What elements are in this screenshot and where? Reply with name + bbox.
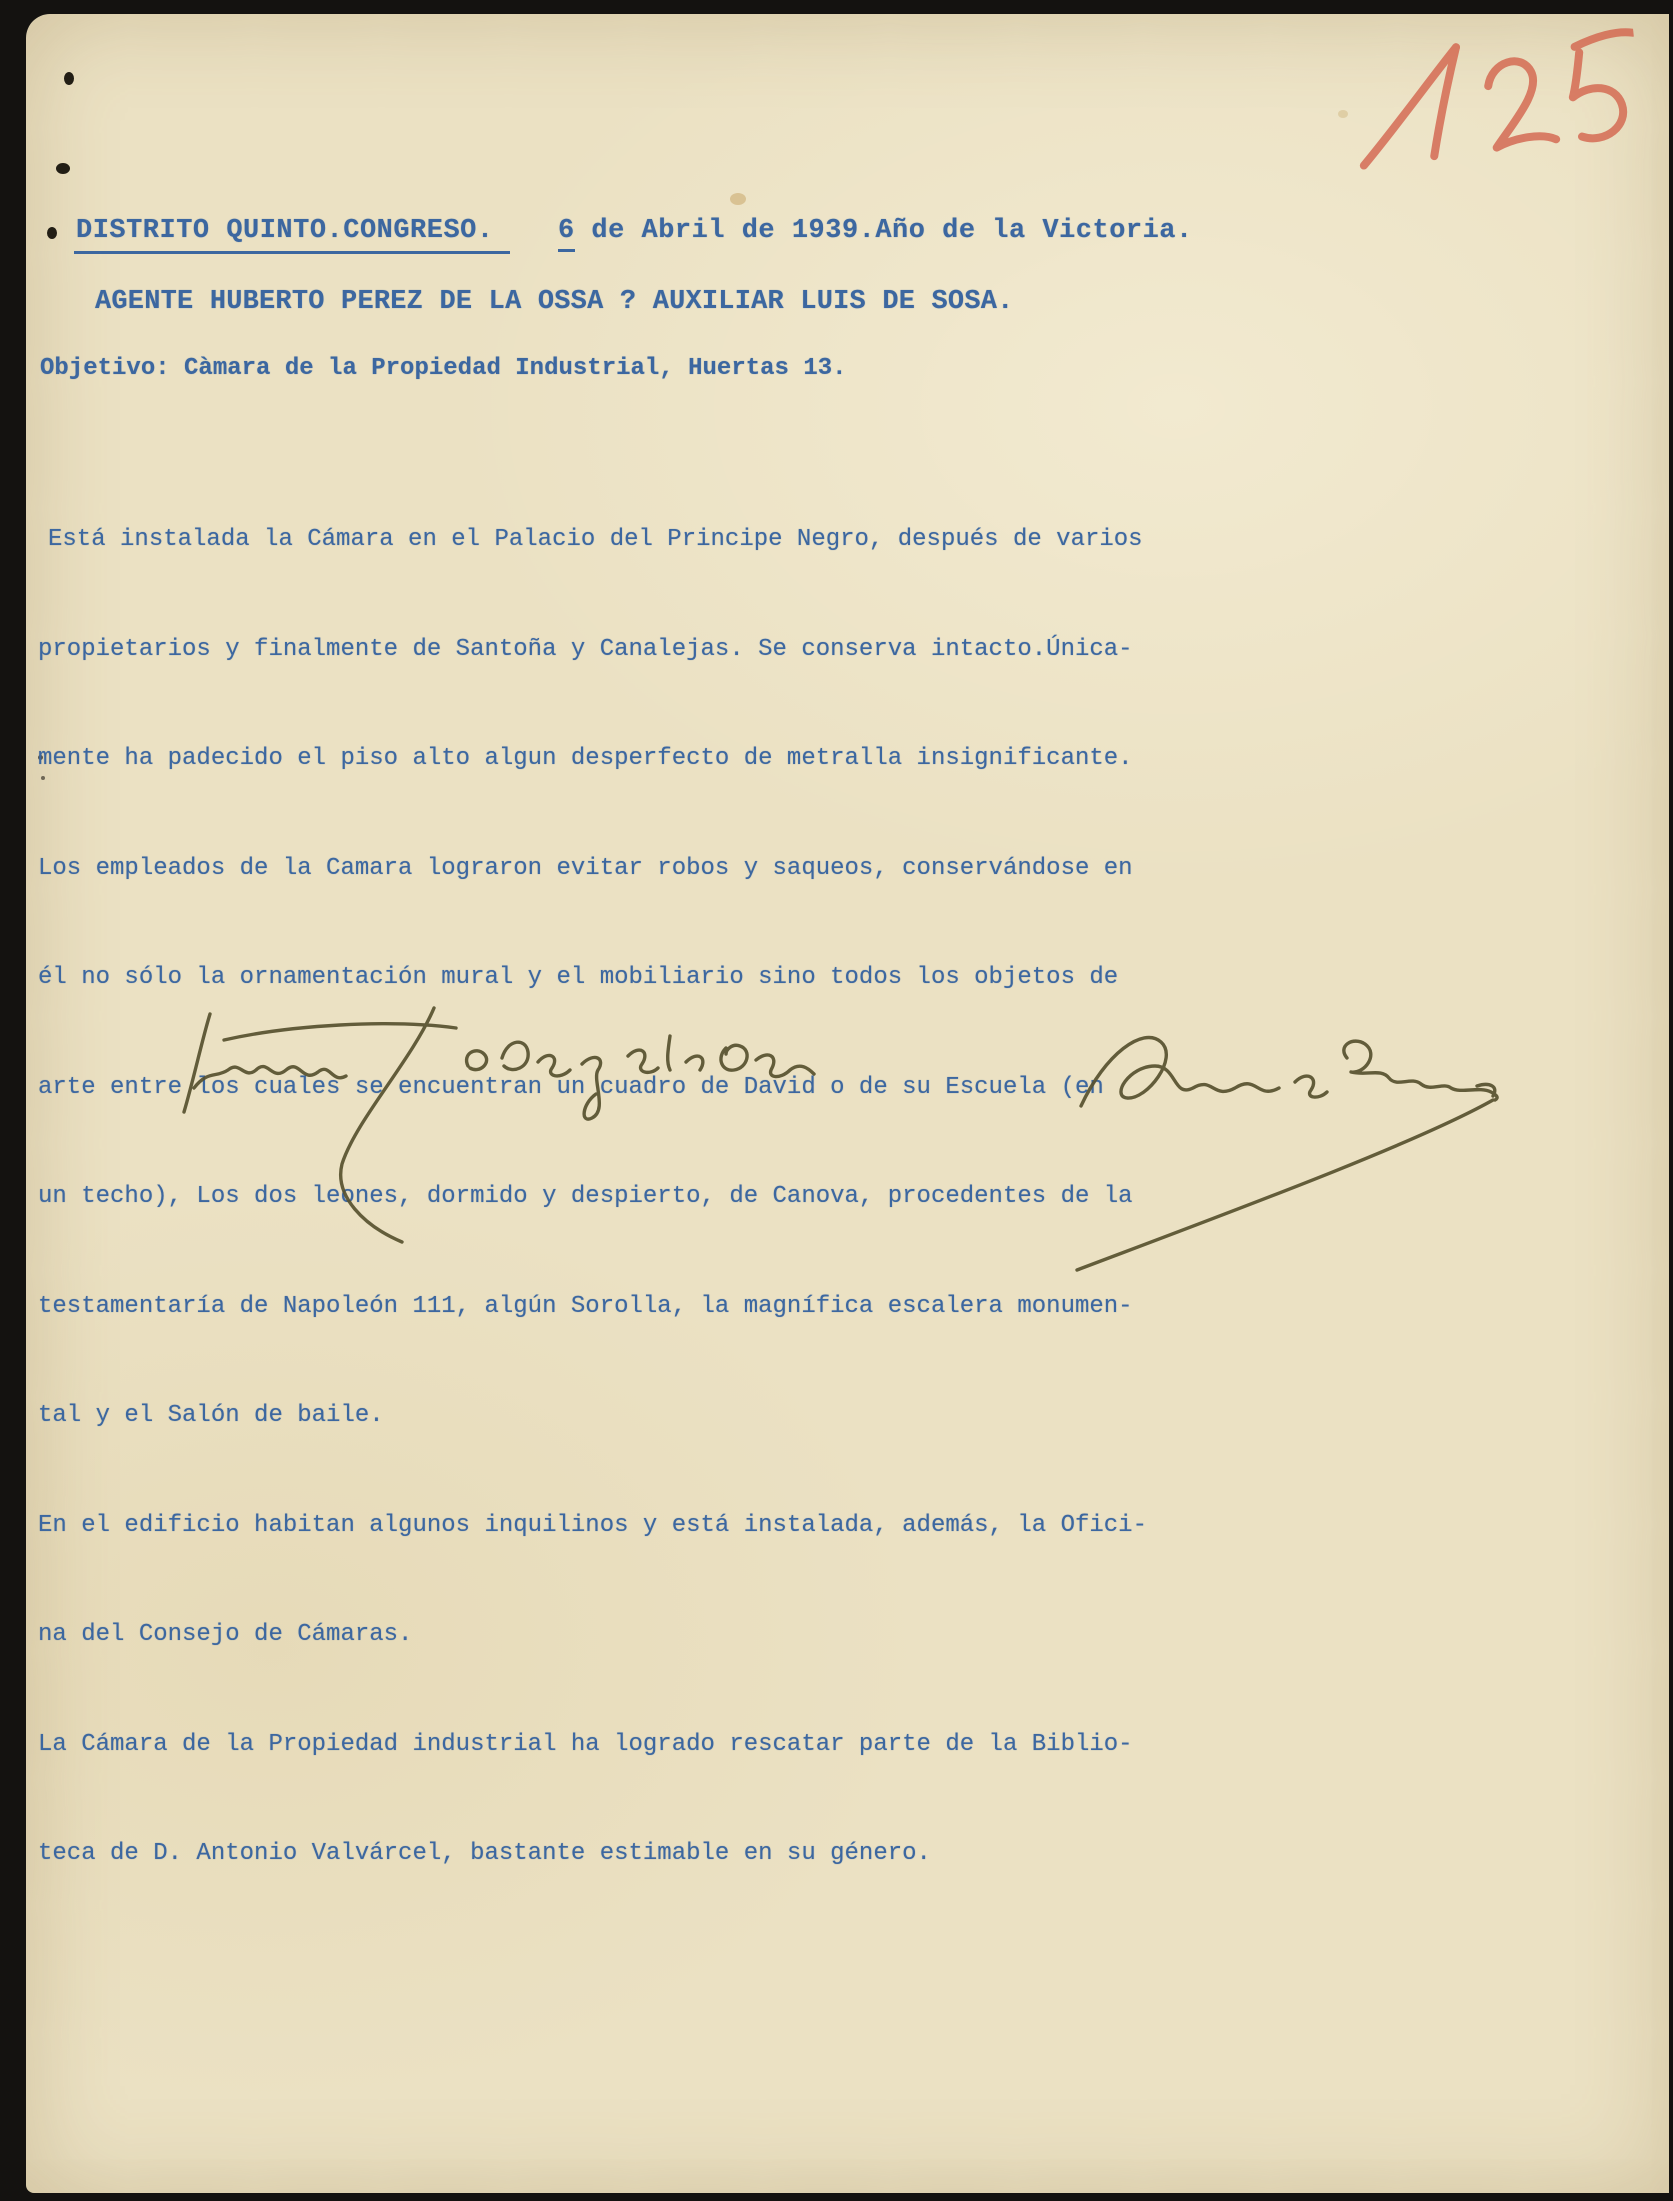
body-line: propietarios y finalmente de Santoña y C… bbox=[38, 632, 1147, 669]
body-line: Los empleados de la Camara lograron evit… bbox=[38, 851, 1147, 888]
district-heading-text: DISTRITO QUINTO.CONGRESO. bbox=[74, 216, 510, 254]
agents-line: AGENTE HUBERTO PEREZ DE LA OSSA ? AUXILI… bbox=[95, 287, 1014, 317]
signature-huberto-perez-de-la-ossa bbox=[150, 992, 850, 1252]
body-line: teca de D. Antonio Valvárcel, bastante e… bbox=[38, 1836, 1147, 1873]
body-line: En el edificio habitan algunos inquilino… bbox=[38, 1508, 1147, 1545]
body-line: Está instalada la Cámara en el Palacio d… bbox=[38, 522, 1147, 559]
body-line: na del Consejo de Cámaras. bbox=[38, 1617, 1147, 1654]
paper-speck bbox=[56, 163, 70, 174]
objective-line: Objetivo: Càmara de la Propiedad Industr… bbox=[40, 355, 847, 382]
paper-speck bbox=[64, 72, 74, 85]
date-day: 6 bbox=[558, 216, 575, 252]
body-line: testamentaría de Napoleón 111, algún Sor… bbox=[38, 1289, 1147, 1326]
date-line: 6 de Abril de 1939.Año de la Victoria. bbox=[558, 216, 1193, 246]
paper-stain bbox=[730, 193, 746, 205]
body-line: La Cámara de la Propiedad industrial ha … bbox=[38, 1727, 1147, 1764]
paper-speck bbox=[47, 227, 57, 239]
handwritten-page-number bbox=[1333, 13, 1647, 194]
body-line: tal y el Salón de baile. bbox=[38, 1398, 1147, 1435]
scanned-document-page: DISTRITO QUINTO.CONGRESO. 6 de Abril de … bbox=[0, 0, 1673, 2201]
district-heading: DISTRITO QUINTO.CONGRESO. bbox=[74, 216, 510, 246]
date-rest: de Abril de 1939.Año de la Victoria. bbox=[575, 216, 1193, 246]
body-line: mente ha padecido el piso alto algun des… bbox=[38, 741, 1147, 778]
signature-luis-de-sosa bbox=[985, 1002, 1605, 1292]
